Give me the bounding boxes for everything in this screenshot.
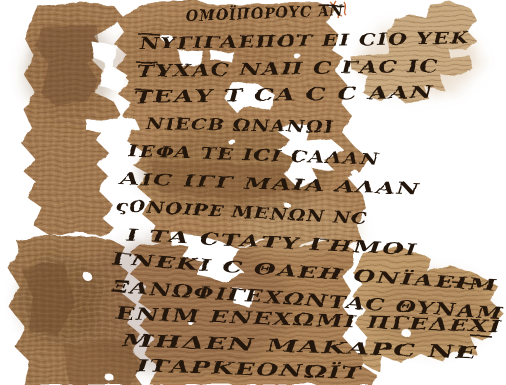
greek-text-line-5: ΝΙΕϹΒ ΩΝΑΝΩΙ xyxy=(145,114,335,136)
papyrus-fragment-image: ΟΜΟΪΠΟΡΟΥϹ ΑΝ ΝΥΓΙΓΑΕΠΟΤ ΕΙ ϹΙΟ ΥΕΚ ΤΥΧΑ… xyxy=(0,0,506,385)
papyrus-fragment-photo: Photograph of a torn ancient Greek papyr… xyxy=(0,0,506,385)
